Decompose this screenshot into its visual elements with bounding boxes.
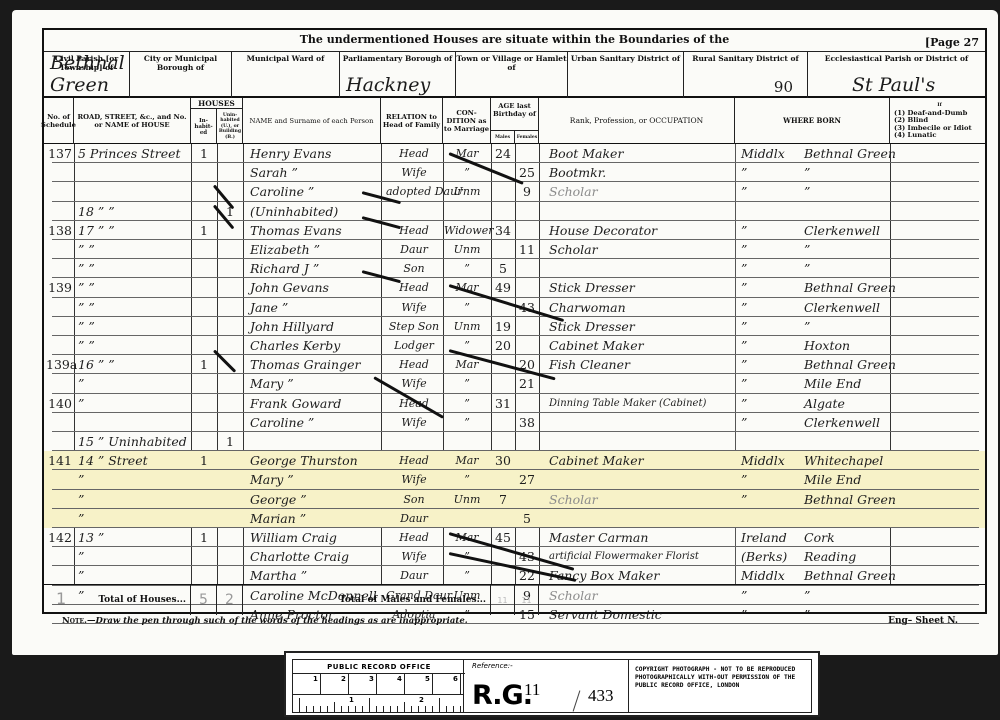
ruler-number: 2 (341, 675, 346, 683)
cell-road: ” ” (78, 298, 190, 317)
cell-occupation: Stick Dresser (549, 278, 734, 297)
admin-field-value: Hackney (346, 74, 430, 96)
total-females: 11 (515, 585, 539, 615)
cell-road: 18 ” ” (78, 202, 190, 221)
cell-female-age (515, 336, 539, 355)
admin-field-label: Parliamentary Borough of (340, 52, 455, 63)
title-row: The undermentioned Houses are situate wi… (44, 30, 985, 52)
cell-uninhabited (217, 259, 243, 278)
census-row: 140”Frank GowardHead”31Dinning Table Mak… (44, 394, 985, 413)
admin-field-label: Ecclesiastical Parish or District of (808, 52, 985, 63)
cell-road: 17 ” ” (78, 221, 190, 240)
cell-uninhabited (217, 336, 243, 355)
cell-road: ” ” (78, 278, 190, 297)
cell-female-age (515, 278, 539, 297)
header-name: NAME and Surname of each Person (243, 98, 381, 144)
census-row: ”Marian ”Daur5 (44, 509, 985, 528)
ruler-tick (411, 706, 412, 712)
cell-male-age: 5 (491, 259, 515, 278)
cell-road: ” (78, 374, 190, 393)
census-row: 13817 ” ”1Thomas EvansHeadWidower34House… (44, 221, 985, 240)
ruler-tick (348, 706, 349, 712)
cell-inhabited (191, 259, 217, 278)
cell-schedule (46, 374, 74, 393)
cell-schedule: 139a (46, 355, 74, 374)
census-row: 15 ” Uninhabited1 (44, 432, 985, 451)
ruler-tick (404, 674, 405, 694)
cell-inhabited (191, 394, 217, 413)
cell-road: 14 ” Street (78, 451, 190, 470)
cell-female-age (515, 317, 539, 336)
cell-uninhabited (217, 317, 243, 336)
cell-condition (444, 202, 490, 221)
cell-schedule (46, 182, 74, 201)
ruler-tick (418, 706, 419, 712)
admin-field: Civil Parish [or Township] ofBethnal Gre… (44, 52, 130, 98)
cell-uninhabited (217, 144, 243, 163)
ruler-tick (306, 706, 307, 712)
ruler-tick (327, 706, 328, 712)
census-row: ”Mary ”Wife”27”Mile End (44, 470, 985, 489)
admin-field-label: Town or Village or Hamlet of (456, 52, 567, 72)
cell-road (78, 182, 190, 201)
cell-inhabited (191, 298, 217, 317)
cell-male-age: 30 (491, 451, 515, 470)
cell-schedule (46, 509, 74, 528)
cell-born-place: ” (804, 163, 890, 182)
cell-name (250, 432, 380, 451)
cell-schedule (46, 202, 74, 221)
ruler-number: 6 (453, 675, 458, 683)
cell-born-place: Bethnal Green (804, 355, 890, 374)
admin-field-value: 90 (774, 78, 793, 96)
admin-field: Parliamentary Borough ofHackney (340, 52, 456, 98)
cell-born-place: Clerkenwell (804, 221, 890, 240)
cell-name: Henry Evans (250, 144, 380, 163)
cell-road: 5 Princes Street (78, 144, 190, 163)
census-row: Caroline ”adopted DaurUnm9Scholar”” (44, 182, 985, 201)
cell-occupation: artificial Flowermaker Florist (549, 547, 734, 566)
census-row: ” ”Richard J ”Son”5”” (44, 259, 985, 278)
cell-inhabited (191, 317, 217, 336)
ruler-divider (293, 694, 463, 695)
cell-male-age: 31 (491, 394, 515, 413)
total-uninhabited: 2 (217, 585, 243, 615)
cell-name: Elizabeth ” (250, 240, 380, 259)
cell-relation (386, 432, 442, 451)
cell-born-place: ” (804, 259, 890, 278)
cell-name: William Craig (250, 528, 380, 547)
cell-female-age (515, 451, 539, 470)
cell-occupation: Scholar (549, 240, 734, 259)
cell-born-place (804, 509, 890, 528)
infirmity-lunatic: (4) Lunatic (894, 132, 985, 140)
cell-uninhabited (217, 163, 243, 182)
cell-name: Sarah ” (250, 163, 380, 182)
cell-name: George ” (250, 490, 380, 509)
cell-condition: ” (444, 374, 490, 393)
cell-female-age (515, 394, 539, 413)
ruler-number: 4 (397, 675, 402, 683)
cell-condition: ” (444, 566, 490, 585)
cell-male-age: 20 (491, 336, 515, 355)
cell-schedule: 140 (46, 394, 74, 413)
cell-inhabited (191, 413, 217, 432)
cell-uninhabited (217, 566, 243, 585)
header-age-title: AGE last Birthday of (491, 98, 538, 126)
cell-born-county: ” (741, 470, 801, 489)
cell-inhabited: 1 (191, 144, 217, 163)
cell-schedule: 137 (46, 144, 74, 163)
cell-born-county: ” (741, 413, 801, 432)
cell-born-county: (Berks) (741, 547, 801, 566)
ruler-tick (439, 698, 440, 712)
cell-schedule (46, 413, 74, 432)
cell-road: 15 ” Uninhabited (78, 432, 190, 451)
cell-road: ” (78, 490, 190, 509)
cell-occupation: Bootmkr. (549, 163, 734, 182)
cell-condition: Mar (444, 451, 490, 470)
census-row: ” ”John HillyardStep SonUnm19Stick Dress… (44, 317, 985, 336)
cell-name: John Gevans (250, 278, 380, 297)
cell-schedule (46, 317, 74, 336)
cell-male-age (491, 509, 515, 528)
census-row: 139a16 ” ”1Thomas GraingerHeadMar20Fish … (44, 355, 985, 374)
cell-occupation: Dinning Table Maker (Cabinet) (549, 394, 734, 413)
cell-relation: Son (386, 259, 442, 278)
cell-inhabited (191, 566, 217, 585)
cell-female-age (515, 259, 539, 278)
header-uninhabited: Unin-habited (U.), or Building (B.) (217, 109, 243, 144)
ruler-tick (397, 706, 398, 712)
admin-field: Ecclesiastical Parish or District ofSt P… (808, 52, 985, 98)
cell-born-place: Bethnal Green (804, 144, 890, 163)
cell-road: 16 ” ” (78, 355, 190, 374)
cell-born-place: ” (804, 240, 890, 259)
cell-born-place: Bethnal Green (804, 490, 890, 509)
cell-schedule (46, 566, 74, 585)
sheet-type: Eng– Sheet N. (888, 616, 958, 626)
cell-condition: ” (444, 394, 490, 413)
cell-born-county: ” (741, 240, 801, 259)
cell-born-county: Middlx (741, 566, 801, 585)
census-row: 14114 ” Street1George ThurstonHeadMar30C… (44, 451, 985, 470)
cell-born-county: ” (741, 374, 801, 393)
cell-born-place: Mile End (804, 374, 890, 393)
cell-name: Caroline ” (250, 413, 380, 432)
cell-uninhabited (217, 547, 243, 566)
cell-uninhabited (217, 374, 243, 393)
cell-schedule (46, 259, 74, 278)
reference-folio: 433 (588, 686, 614, 706)
ruler-tick (453, 706, 454, 712)
cell-road: ” (78, 509, 190, 528)
cell-condition: Unm (444, 490, 490, 509)
cell-relation: Head (386, 144, 442, 163)
cell-condition: ” (444, 298, 490, 317)
cell-uninhabited (217, 394, 243, 413)
cell-born-place: Bethnal Green (804, 278, 890, 297)
cell-road: ” (78, 470, 190, 489)
cell-schedule (46, 490, 74, 509)
cell-occupation: Fish Cleaner (549, 355, 734, 374)
totals-blank (539, 585, 985, 615)
ruler-number: 2 (419, 696, 424, 704)
cell-born-county: ” (741, 490, 801, 509)
admin-field: Rural Sanitary District of90 (684, 52, 808, 98)
cell-relation: adopted Daur (386, 182, 442, 201)
cell-road: ” ” (78, 336, 190, 355)
cell-female-age: 38 (515, 413, 539, 432)
cell-inhabited (191, 432, 217, 451)
reference-box: Reference:- R.G. 11 433 (464, 659, 628, 713)
header-females: Females (515, 130, 539, 144)
cell-inhabited (191, 163, 217, 182)
reference-series: R.G. (472, 680, 532, 711)
cell-born-place: Whitechapel (804, 451, 890, 470)
cell-schedule (46, 163, 74, 182)
cell-road: ” ” (78, 240, 190, 259)
cell-born-county (741, 202, 801, 221)
total-houses-label: Total of Houses... (98, 595, 186, 605)
admin-field: Municipal Ward of (232, 52, 340, 98)
header-condition: CON-DITION as to Marriage (443, 98, 491, 144)
note-text: —Draw the pen through such of the words … (87, 616, 468, 626)
cell-male-age: 49 (491, 278, 515, 297)
cell-name: Thomas Evans (250, 221, 380, 240)
census-row: ” ”Elizabeth ”DaurUnm11Scholar”” (44, 240, 985, 259)
cell-born-place: Reading (804, 547, 890, 566)
ruler-tick (341, 706, 342, 712)
cell-female-age (515, 202, 539, 221)
corner-mark: 1 (56, 589, 66, 608)
cell-born-county: Ireland (741, 528, 801, 547)
cell-inhabited (191, 374, 217, 393)
total-inhabited: 5 (191, 585, 217, 615)
cell-born-county: ” (741, 182, 801, 201)
ruler-tick (390, 706, 391, 712)
cell-schedule (46, 470, 74, 489)
cell-condition: Unm (444, 240, 490, 259)
cell-occupation (549, 202, 734, 221)
header-houses: HOUSES In-habit-ed Unin-habited (U.), or… (191, 98, 243, 144)
cell-male-age (491, 202, 515, 221)
cell-road: ” ” (78, 259, 190, 278)
cell-road: ” (78, 566, 190, 585)
cell-road (78, 163, 190, 182)
ruler-tick (460, 674, 461, 694)
cell-condition: ” (444, 259, 490, 278)
cell-born-county (741, 432, 801, 451)
cell-born-county: Middlx (741, 451, 801, 470)
public-record-office-ruler: PUBLIC RECORD OFFICE 12345612 (292, 659, 464, 713)
census-row: 1375 Princes Street1Henry EvansHeadMar24… (44, 144, 985, 163)
cell-inhabited (191, 240, 217, 259)
cell-relation: Daur (386, 240, 442, 259)
cell-schedule: 142 (46, 528, 74, 547)
cell-condition (444, 432, 490, 451)
cell-occupation (549, 259, 734, 278)
admin-field-label: Municipal Ward of (232, 52, 339, 63)
cell-name: Charles Kerby (250, 336, 380, 355)
cell-occupation: Cabinet Maker (549, 336, 734, 355)
ruler-tick (334, 702, 335, 712)
admin-field-label: Urban Sanitary District of (568, 52, 683, 63)
cell-inhabited (191, 490, 217, 509)
cell-uninhabited (217, 509, 243, 528)
cell-condition: Unm (444, 182, 490, 201)
total-houses-cell: 1 Total of Houses... (44, 585, 191, 615)
header-relation: RELATION to Head of Family (381, 98, 443, 144)
census-row: Caroline ”Wife”38”Clerkenwell (44, 413, 985, 432)
ruler-tick (313, 706, 314, 712)
cell-condition: ” (444, 470, 490, 489)
header-infirmity: If (1) Deaf-and-Dumb (2) Blind (3) Imbec… (890, 98, 985, 144)
header-where-born: WHERE BORN (735, 98, 890, 144)
cell-condition (444, 509, 490, 528)
cell-male-age (491, 182, 515, 201)
cell-born-place: Bethnal Green (804, 566, 890, 585)
cell-male-age (491, 240, 515, 259)
total-males: 11 (491, 585, 515, 615)
cell-occupation (549, 413, 734, 432)
cell-male-age (491, 566, 515, 585)
cell-uninhabited: 1 (217, 432, 243, 451)
ruler-tick (362, 706, 363, 712)
cell-relation (386, 202, 442, 221)
cell-relation: Daur (386, 509, 442, 528)
cell-schedule (46, 298, 74, 317)
cell-inhabited (191, 547, 217, 566)
cell-relation: Head (386, 528, 442, 547)
cell-name: George Thurston (250, 451, 380, 470)
cell-name: Martha ” (250, 566, 380, 585)
census-row: 139” ”John GevansHeadMar49Stick Dresser”… (44, 278, 985, 297)
ruler-tick (432, 674, 433, 694)
cell-name: Charlotte Craig (250, 547, 380, 566)
cell-road: ” ” (78, 317, 190, 336)
cell-born-place (804, 432, 890, 451)
cell-name: (Uninhabited) (250, 202, 380, 221)
cell-name: Richard J ” (250, 259, 380, 278)
header-road: ROAD, STREET, &c., and No. or NAME of HO… (74, 98, 191, 144)
cell-inhabited: 1 (191, 528, 217, 547)
census-row: ”Mary ”Wife”21”Mile End (44, 374, 985, 393)
cell-relation: Daur (386, 566, 442, 585)
cell-female-age: 9 (515, 182, 539, 201)
ruler-tick (425, 706, 426, 712)
form-title: The undermentioned Houses are situate wi… (44, 33, 985, 46)
cell-relation: Wife (386, 470, 442, 489)
ruler-tick (376, 674, 377, 694)
cell-name: Caroline ” (250, 182, 380, 201)
cell-uninhabited (217, 278, 243, 297)
admin-field-label: Rural Sanitary District of (684, 52, 807, 63)
reference-label: Reference:- (472, 662, 513, 670)
page-number: [Page 27 (925, 36, 979, 49)
cell-uninhabited (217, 240, 243, 259)
admin-field-value: St Paul's (852, 74, 935, 96)
cell-occupation: Cabinet Maker (549, 451, 734, 470)
cell-relation: Step Son (386, 317, 442, 336)
cell-relation: Head (386, 451, 442, 470)
cell-born-county (741, 509, 801, 528)
cell-condition: ” (444, 413, 490, 432)
header-schedule: No. of Schedule (44, 98, 74, 144)
census-row: ” ”Charles KerbyLodger”20Cabinet Maker”H… (44, 336, 985, 355)
totals-row: 1 Total of Houses... 5 2 Total of Males … (44, 584, 985, 614)
cell-born-county: ” (741, 394, 801, 413)
cell-female-age (515, 490, 539, 509)
cell-name: Mary ” (250, 470, 380, 489)
cell-name: Frank Goward (250, 394, 380, 413)
census-row: ”Martha ”Daur”22Fancy Box MakerMiddlxBet… (44, 566, 985, 585)
cell-female-age: 11 (515, 240, 539, 259)
cell-born-place: Clerkenwell (804, 413, 890, 432)
ruler-number: 3 (369, 675, 374, 683)
cell-schedule: 139 (46, 278, 74, 297)
cell-name: Jane ” (250, 298, 380, 317)
reference-slash (573, 690, 581, 711)
cell-relation: Wife (386, 298, 442, 317)
cell-female-age (515, 528, 539, 547)
header-age: AGE last Birthday of Males Females (491, 98, 539, 144)
ruler-tick (404, 702, 405, 712)
record-office-label: PUBLIC RECORD OFFICE (293, 660, 465, 674)
cell-uninhabited (217, 451, 243, 470)
ruler-tick (299, 698, 300, 712)
cell-schedule: 141 (46, 451, 74, 470)
reference-plate: PUBLIC RECORD OFFICE 12345612 Reference:… (284, 651, 820, 717)
ruler-tick (376, 706, 377, 712)
census-entries: 1375 Princes Street1Henry EvansHeadMar24… (44, 144, 985, 584)
cell-born-county: ” (741, 259, 801, 278)
census-row: 14213 ”1William CraigHeadMar45Master Car… (44, 528, 985, 547)
cell-born-place: Cork (804, 528, 890, 547)
admin-boundaries-row: Civil Parish [or Township] ofBethnal Gre… (44, 52, 985, 98)
cell-condition: Widower (444, 221, 490, 240)
cell-occupation: Stick Dresser (549, 317, 734, 336)
cell-male-age: 7 (491, 490, 515, 509)
cell-male-age (491, 432, 515, 451)
cell-occupation (549, 432, 734, 451)
cell-born-county: ” (741, 336, 801, 355)
cell-relation: Lodger (386, 336, 442, 355)
cell-schedule (46, 547, 74, 566)
cell-occupation (549, 374, 734, 393)
cell-occupation (549, 509, 734, 528)
ruler-tick (355, 706, 356, 712)
ruler-tick (383, 706, 384, 712)
cell-born-place: Hoxton (804, 336, 890, 355)
total-persons-label: Total of Males and Females... (243, 585, 491, 615)
census-form: The undermentioned Houses are situate wi… (42, 28, 987, 614)
cell-occupation (549, 470, 734, 489)
cell-relation: Wife (386, 547, 442, 566)
cell-uninhabited (217, 413, 243, 432)
cell-born-county: ” (741, 317, 801, 336)
cell-relation: Son (386, 490, 442, 509)
cell-male-age (491, 374, 515, 393)
ruler-tick (446, 706, 447, 712)
cell-inhabited: 1 (191, 451, 217, 470)
cell-relation: Head (386, 355, 442, 374)
cell-uninhabited (217, 490, 243, 509)
cell-occupation: Master Carman (549, 528, 734, 547)
cell-name: Mary ” (250, 374, 380, 393)
cell-female-age (515, 432, 539, 451)
cell-condition: Unm (444, 317, 490, 336)
